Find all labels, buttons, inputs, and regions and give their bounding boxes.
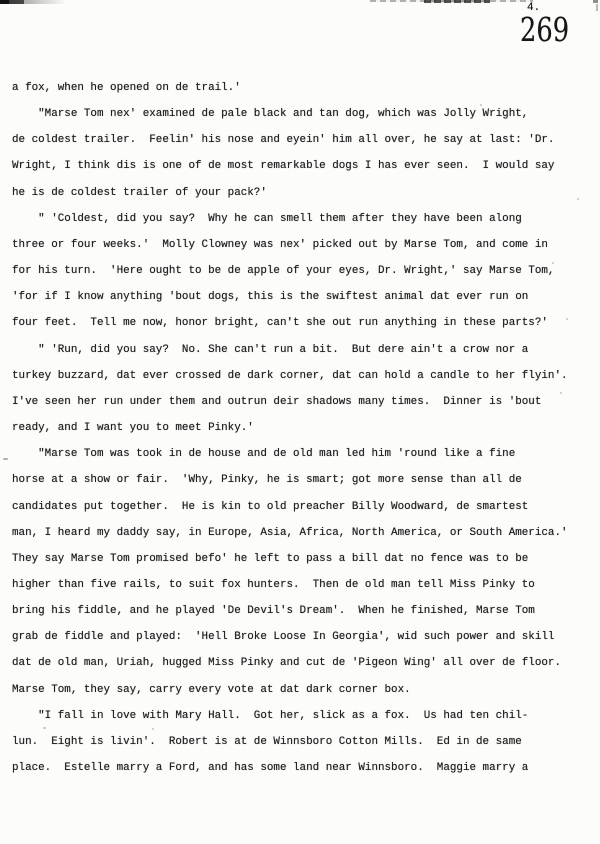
text-line: candidates put together. He is kin to ol… xyxy=(12,494,596,520)
text-line: place. Estelle marry a Ford, and has som… xyxy=(12,755,596,781)
text-line: three or four weeks.' Molly Clowney was … xyxy=(12,232,596,258)
text-line: turkey buzzard, dat ever crossed de dark… xyxy=(12,363,596,389)
text-line: de coldest trailer. Feelin' his nose and… xyxy=(12,127,596,153)
scan-speck xyxy=(43,727,46,729)
text-line: four feet. Tell me now, honor bright, ca… xyxy=(12,310,596,336)
scan-artifact-top-right xyxy=(593,0,598,3)
text-line: Wright, I think dis is one of de most re… xyxy=(12,153,596,179)
text-line: 'for if I know anything 'bout dogs, this… xyxy=(12,284,596,310)
text-line: "I fall in love with Mary Hall. Got her,… xyxy=(12,703,596,729)
typewritten-text-block: a fox, when he opened on de trail.' "Mar… xyxy=(12,75,596,781)
scan-artifact-top-right-tick xyxy=(596,4,598,11)
text-line: grab de fiddle and played: 'Hell Broke L… xyxy=(12,624,596,650)
scan-speck xyxy=(577,198,579,200)
text-line: lun. Eight is livin'. Robert is at de Wi… xyxy=(12,729,596,755)
text-line: " 'Run, did you say? No. She can't run a… xyxy=(12,337,596,363)
text-line: Marse Tom, they say, carry every vote at… xyxy=(12,677,596,703)
scan-speck xyxy=(152,728,154,730)
scan-speck xyxy=(566,318,568,320)
text-line: dat de old man, Uriah, hugged Miss Pinky… xyxy=(12,650,596,676)
scan-speck xyxy=(552,262,554,264)
text-line: I've seen her run under them and outrun … xyxy=(12,389,596,415)
scan-speck xyxy=(560,392,562,394)
scan-artifact-top-line-dark xyxy=(424,0,490,3)
text-line: ready, and I want you to meet Pinky.' xyxy=(12,415,596,441)
text-line: "Marse Tom was took in de house and de o… xyxy=(12,441,596,467)
stamped-page-number: 269 xyxy=(520,13,569,46)
text-line: horse at a show or fair. 'Why, Pinky, he… xyxy=(12,467,596,493)
text-line: bring his fiddle, and he played 'De Devi… xyxy=(12,598,596,624)
text-line: a fox, when he opened on de trail.' xyxy=(12,75,596,101)
text-line: man, I heard my daddy say, in Europe, As… xyxy=(12,520,596,546)
text-line: higher than five rails, to suit fox hunt… xyxy=(12,572,596,598)
scanned-typescript-page: 4. 269 a fox, when he opened on de trail… xyxy=(0,0,600,844)
text-line: he is de coldest trailer of your pack?' xyxy=(12,180,596,206)
scan-artifact-top-left xyxy=(0,0,66,4)
scan-speck xyxy=(3,458,8,460)
scan-speck xyxy=(480,104,482,106)
text-line: for his turn. 'Here ought to be de apple… xyxy=(12,258,596,284)
text-line: They say Marse Tom promised befo' he lef… xyxy=(12,546,596,572)
text-line: " 'Coldest, did you say? Why he can smel… xyxy=(12,206,596,232)
text-line: "Marse Tom nex' examined de pale black a… xyxy=(12,101,596,127)
